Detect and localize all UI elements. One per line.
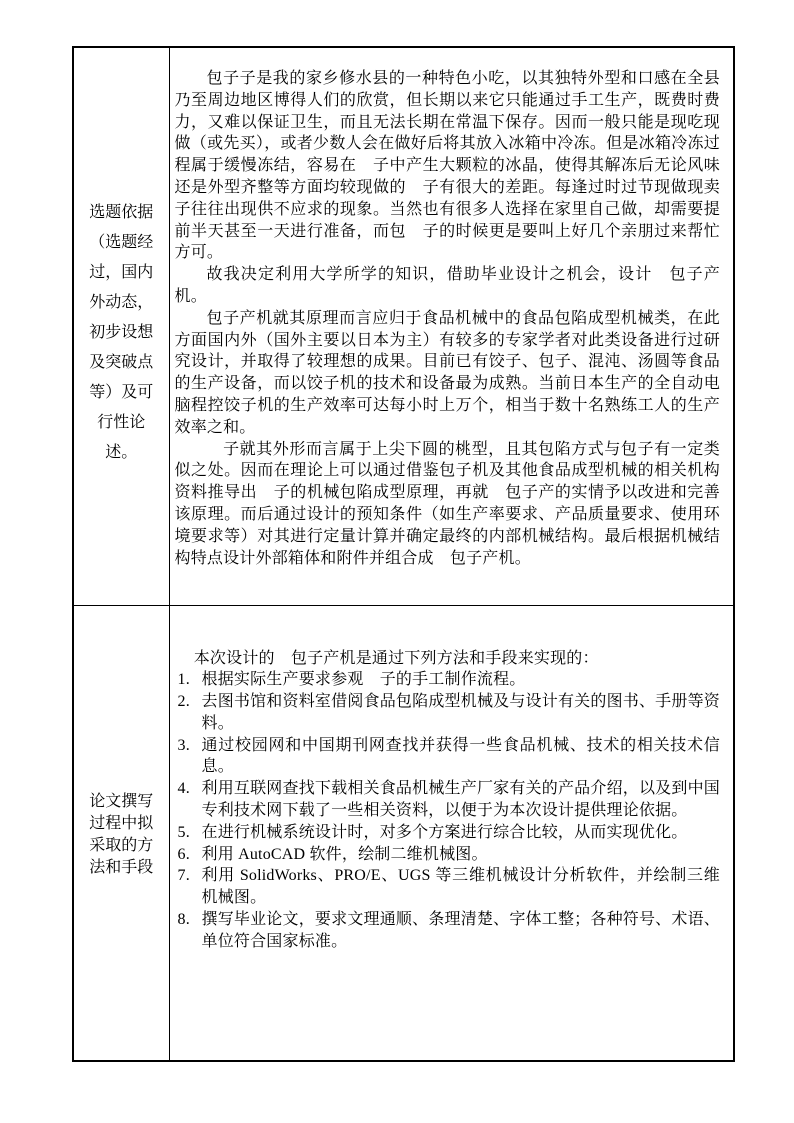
method-item: 1. 根据实际生产要求参观 子的手工制作流程。 — [175, 669, 721, 691]
row1-label-line: 等）及可 — [75, 378, 168, 408]
method-item-text: 撰写毕业论文，要求文理通顺、条理清楚、字体工整；各种符号、术语、单位符合国家标准… — [202, 909, 721, 953]
row1-label-line: 及突破点 — [75, 348, 168, 378]
paragraph-domestic-foreign-status: 包子产机就其原理而言应归于食品机械中的食品包陷成型机械类，在此方面国内外（国外主… — [175, 308, 721, 439]
method-item-number: 6. — [175, 844, 202, 866]
method-item: 8. 撰写毕业论文，要求文理通顺、条理清楚、字体工整；各种符号、术语、单位符合国… — [175, 909, 721, 953]
paragraph-feasibility: 子就其外形而言属于上尖下圆的桃型，且其包陷方式与包子有一定类似之处。因而在理论上… — [175, 439, 721, 570]
method-item: 3. 通过校园网和中国期刊网查找并获得一些食品机械、技术的相关技术信息。 — [175, 735, 721, 779]
method-item-number: 4. — [175, 778, 202, 800]
row1-label-line: 行性论 — [75, 408, 168, 438]
method-item: 2. 去图书馆和资料室借阅食品包陷成型机械及与设计有关的图书、手册等资料。 — [175, 691, 721, 735]
row1-label-line: 初步设想 — [75, 318, 168, 348]
method-item: 6. 利用 AutoCAD 软件，绘制二维机械图。 — [175, 844, 721, 866]
method-item-number: 1. — [175, 669, 202, 691]
paragraph-decision: 故我决定利用大学所学的知识，借助毕业设计之机会，设计 包子产机。 — [175, 264, 721, 308]
method-item-number: 7. — [175, 865, 202, 887]
methods-intro: 本次设计的 包子产机是通过下列方法和手段来实现的： — [175, 648, 721, 670]
method-item: 7. 利用 SolidWorks、PRO/E、UGS 等三维机械设计分析软件，并… — [175, 865, 721, 909]
table-row-methods: 论文撰写 过程中拟 采取的方 法和手段 本次设计的 包子产机是通过下列方法和手段… — [73, 605, 734, 1061]
row2-label-cell: 论文撰写 过程中拟 采取的方 法和手段 — [73, 605, 169, 1061]
method-item: 4. 利用互联网查找下载相关食品机械生产厂家有关的产品介绍，以及到中国专利技术网… — [175, 778, 721, 822]
method-item-text: 根据实际生产要求参观 子的手工制作流程。 — [202, 669, 721, 691]
row1-label-line: 外动态， — [75, 288, 168, 318]
page: 选题依据 （选题经 过，国内 外动态， 初步设想 及突破点 等）及可 行性论 述… — [0, 0, 794, 1123]
paragraph-background: 包子子是我的家乡修水县的一种特色小吃，以其独特外型和口感在全县乃至周边地区博得人… — [175, 68, 721, 264]
method-item-number: 8. — [175, 909, 202, 931]
method-item-text: 去图书馆和资料室借阅食品包陷成型机械及与设计有关的图书、手册等资料。 — [202, 691, 721, 735]
proposal-table: 选题依据 （选题经 过，国内 外动态， 初步设想 及突破点 等）及可 行性论 述… — [72, 46, 735, 1062]
row2-label-line: 采取的方 — [75, 835, 168, 857]
row1-label-cell: 选题依据 （选题经 过，国内 外动态， 初步设想 及突破点 等）及可 行性论 述… — [73, 47, 169, 605]
method-item: 5. 在进行机械系统设计时，对多个方案进行综合比较，从而实现优化。 — [175, 822, 721, 844]
method-item-text: 利用互联网查找下载相关食品机械生产厂家有关的产品介绍，以及到中国专利技术网下载了… — [202, 778, 721, 822]
row1-label-line: （选题经 — [75, 228, 168, 258]
row2-label-line: 法和手段 — [75, 857, 168, 879]
method-item-text: 在进行机械系统设计时，对多个方案进行综合比较，从而实现优化。 — [202, 822, 721, 844]
row1-content-cell: 包子子是我的家乡修水县的一种特色小吃，以其独特外型和口感在全县乃至周边地区博得人… — [169, 47, 734, 605]
method-item-text: 利用 AutoCAD 软件，绘制二维机械图。 — [202, 844, 721, 866]
row1-label-line: 述。 — [75, 438, 168, 468]
method-item-number: 2. — [175, 691, 202, 713]
table-row-topic-basis: 选题依据 （选题经 过，国内 外动态， 初步设想 及突破点 等）及可 行性论 述… — [73, 47, 734, 605]
row2-label-line: 过程中拟 — [75, 813, 168, 835]
method-item-text: 利用 SolidWorks、PRO/E、UGS 等三维机械设计分析软件，并绘制三… — [202, 865, 721, 909]
row2-content-cell: 本次设计的 包子产机是通过下列方法和手段来实现的： 1. 根据实际生产要求参观 … — [169, 605, 734, 1061]
method-item-text: 通过校园网和中国期刊网查找并获得一些食品机械、技术的相关技术信息。 — [202, 735, 721, 779]
row2-label-line: 论文撰写 — [75, 791, 168, 813]
row1-label-line: 选题依据 — [75, 198, 168, 228]
method-item-number: 3. — [175, 735, 202, 757]
row1-label-line: 过，国内 — [75, 258, 168, 288]
method-item-number: 5. — [175, 822, 202, 844]
